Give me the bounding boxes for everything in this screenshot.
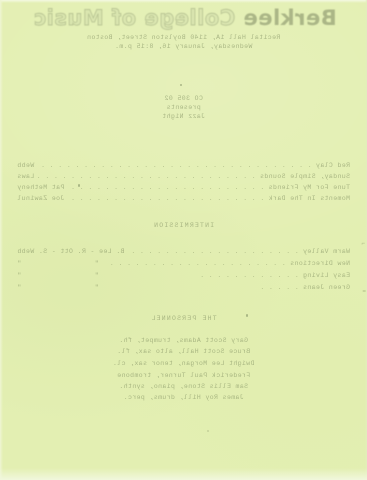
- program-row: Green Jeans . . . . . " ": [17, 284, 350, 292]
- personnel-member: James Roy Hill, drums, perc.: [0, 394, 367, 402]
- song-title: Sunday, Simple Sounds: [260, 173, 350, 181]
- program-row: Red Clay . . . . . . . . . . . . . . . .…: [17, 162, 350, 170]
- scan-speck: [180, 84, 182, 86]
- scan-edge-bottom: [0, 468, 367, 480]
- song-title: Easy Living: [303, 272, 350, 280]
- program-row: New Directions . . . . . . . . . . . . .…: [17, 260, 350, 268]
- dot-leader: . . . . . . . . . . . . . . . . . . . . …: [38, 162, 311, 170]
- scan-speck: [246, 314, 248, 317]
- dot-leader: . . . . . . . . . . . . . . . . . . . . …: [68, 195, 264, 203]
- song-title: Red Clay: [316, 162, 350, 170]
- scan-mark: =: [362, 288, 366, 295]
- artist-name: Pat Metheny: [17, 184, 64, 192]
- masthead-bold-text: Berklee: [243, 6, 337, 30]
- dot-leader: . . . . . . . . . . . . . . . . . . . . …: [38, 173, 255, 181]
- song-title: Green Jeans: [303, 284, 350, 292]
- scan-speck: [78, 184, 80, 187]
- program-row: Easy Living . . . . . . . . . . . . " ": [17, 272, 350, 280]
- artist-name: B. Lee - R. Ott - S. Webb: [17, 248, 125, 256]
- dot-leader: . . . . . . . . . . . . . . . . . . . . …: [129, 248, 299, 256]
- dot-leader: . . . . .: [103, 284, 299, 292]
- masthead: Berklee College of Music: [22, 5, 348, 31]
- personnel-member: Bruce Scott Hall, alto sax, fl.: [0, 348, 367, 356]
- intermission-heading: INTERMISSION: [0, 222, 367, 230]
- event-title-line: Jazz Night: [0, 113, 367, 121]
- artist-name: Laws: [17, 173, 34, 181]
- program-row: Sunday, Simple Sounds . . . . . . . . . …: [17, 173, 350, 181]
- scanned-program-page: Berklee College of Music Recital Hall 1A…: [0, 0, 367, 480]
- personnel-heading: THE PERSONNEL: [0, 315, 367, 323]
- personnel-member: Gary Scott Adams, trumpet, fh.: [0, 337, 367, 345]
- course-code-line: CO 305 02: [0, 95, 367, 103]
- personnel-member: Frederick Paul Turner, trombone: [0, 372, 367, 380]
- date-line: Wednesday, January 16, 8:15 p.m.: [0, 43, 367, 51]
- ditto-marks: " ": [17, 272, 99, 280]
- masthead-outline-text: College of Music: [33, 6, 243, 30]
- ditto-marks: " ": [17, 260, 99, 268]
- scan-mark: ⌐: [361, 240, 365, 247]
- program-row: Warm Valley . . . . . . . . . . . . . . …: [17, 248, 350, 256]
- dot-leader: . . . . . . . . . . . .: [103, 272, 299, 280]
- artist-name: Joe Zawinul: [17, 195, 64, 203]
- program-row: Moments In The Dark . . . . . . . . . . …: [17, 195, 350, 203]
- dot-leader: . . . . . . . . . . . . . . . . . . . . …: [68, 184, 264, 192]
- song-title: Warm Valley: [303, 248, 350, 256]
- scan-edge-top: [0, 0, 367, 3]
- venue-line: Recital Hall 1A, 1140 Boylston Street, B…: [0, 34, 367, 42]
- program-row: Tune For My Friends . . . . . . . . . . …: [17, 184, 350, 192]
- personnel-member: Sam Ellis Stone, piano, synth.: [0, 383, 367, 391]
- artist-name: Webb: [17, 162, 34, 170]
- ditto-marks: " ": [17, 284, 99, 292]
- personnel-member: Dwight Lee Morgan, tenor sax, cl.: [0, 360, 367, 368]
- scan-edge-left: [0, 0, 3, 480]
- presents-line: presents: [0, 104, 367, 112]
- dot-leader: . . . . . . . . . . . . . . . . . . . . …: [103, 260, 286, 268]
- song-title: Moments In The Dark: [268, 195, 350, 203]
- song-title: New Directions: [290, 260, 350, 268]
- song-title: Tune For My Friends: [268, 184, 350, 192]
- scan-speck: [207, 430, 209, 432]
